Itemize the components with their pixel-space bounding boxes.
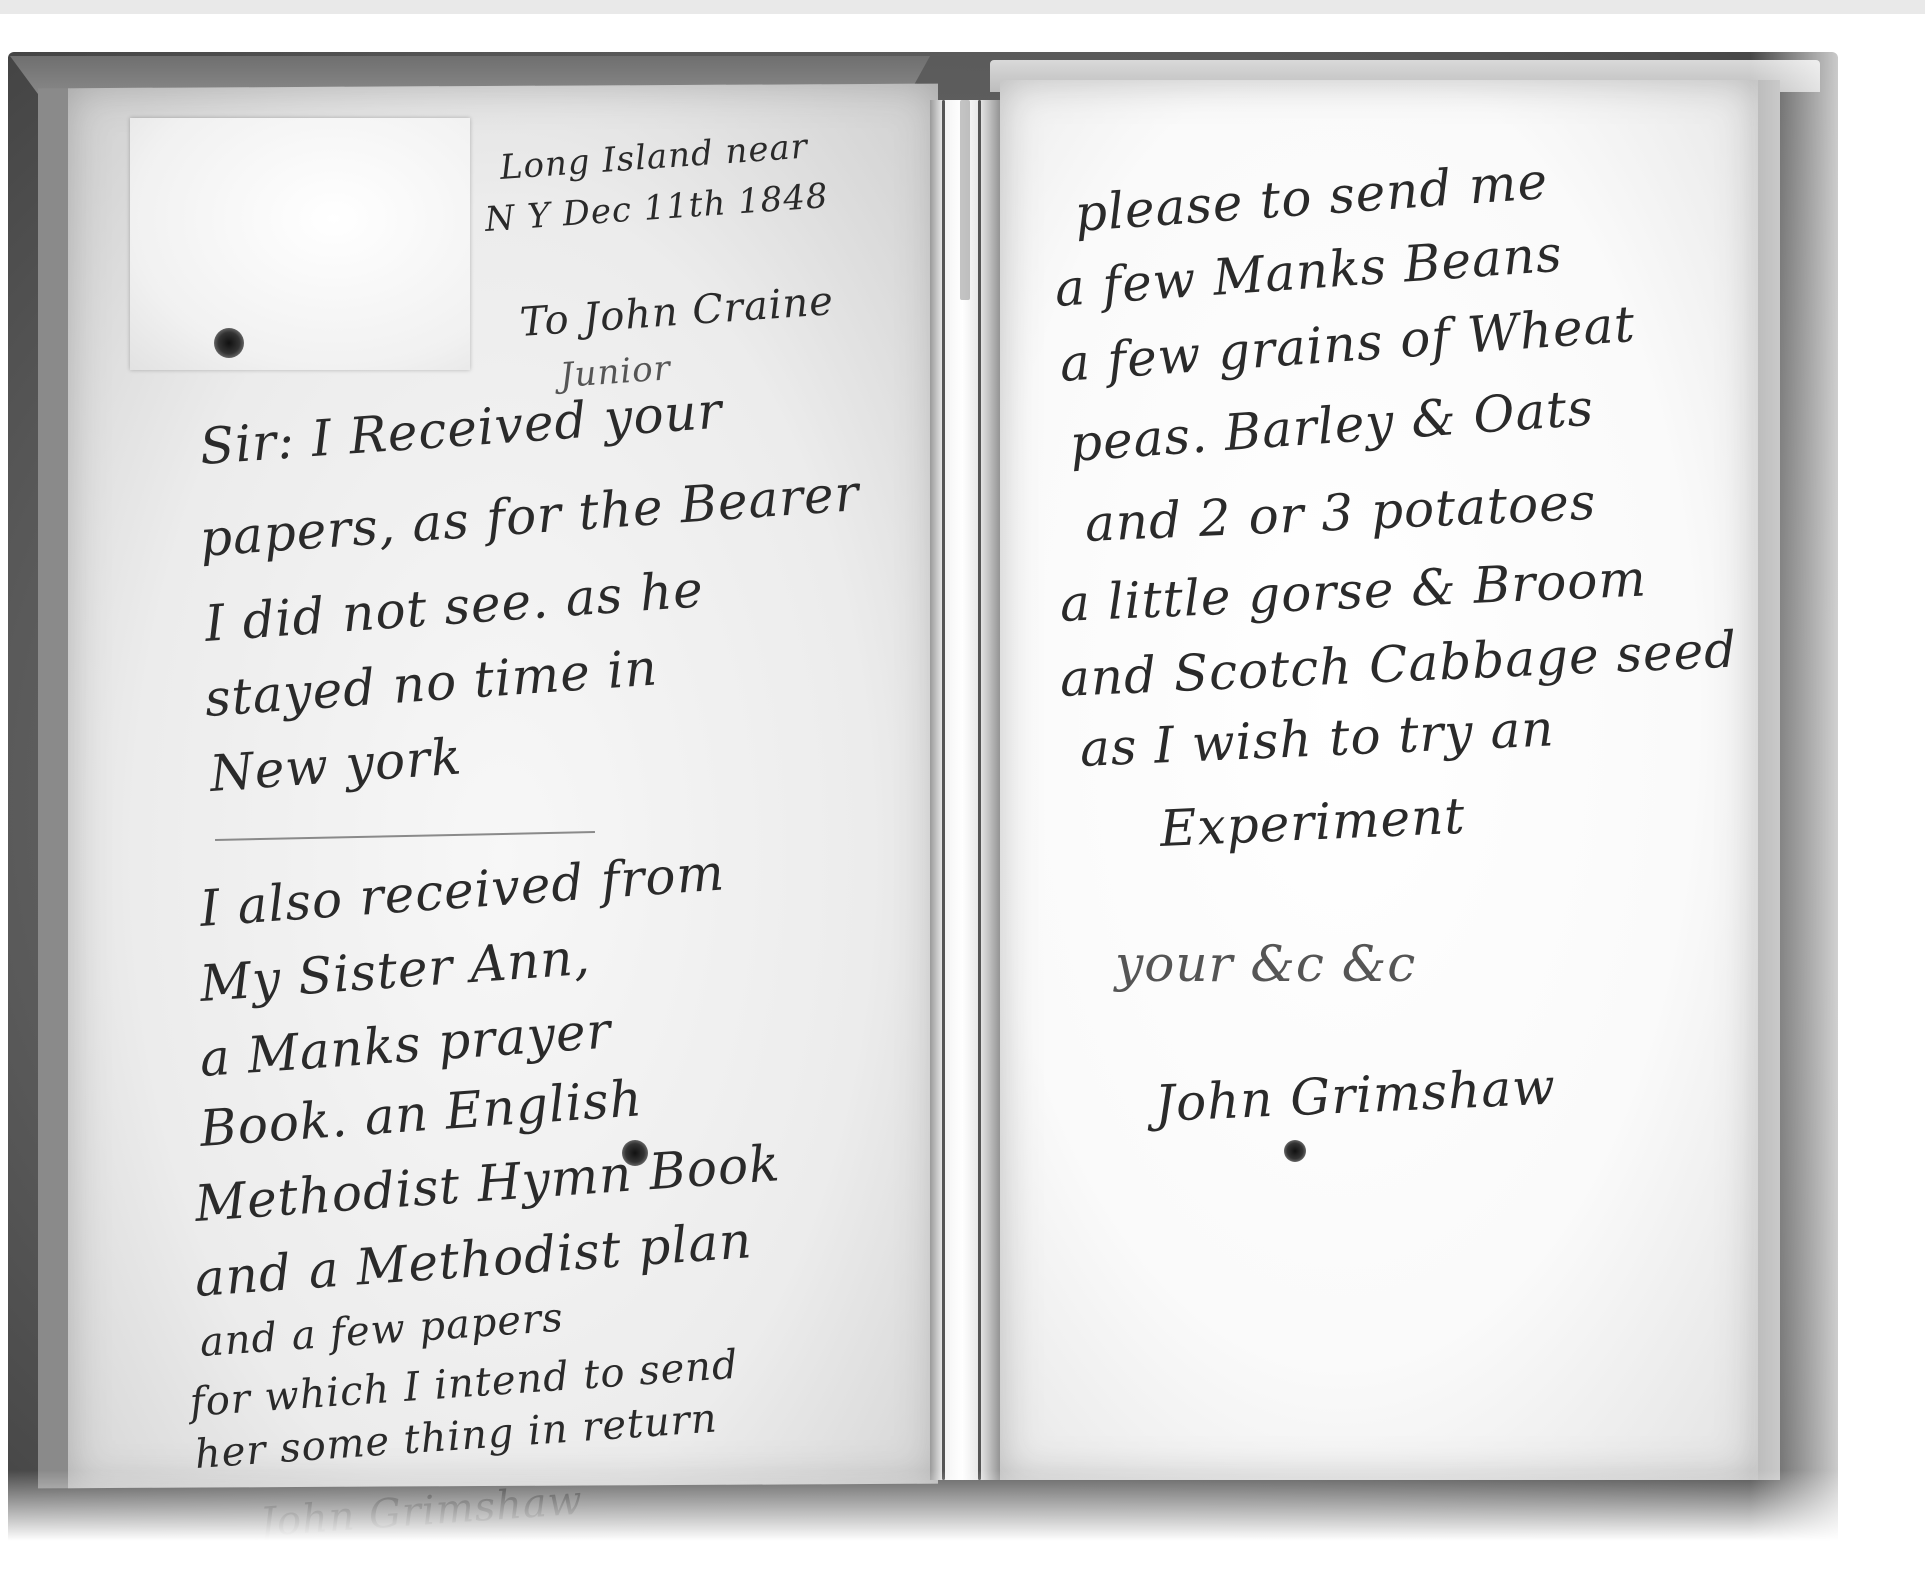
scan-edge-fade (1750, 40, 1925, 1570)
scanner-edge (0, 0, 1925, 14)
ink-blot (214, 328, 244, 358)
ink-blot (1284, 1140, 1306, 1162)
notebook-spine (930, 100, 1002, 1480)
pasted-paper-slip (130, 118, 470, 370)
closing: your &c &c (1115, 935, 1416, 993)
scan-bottom-fade (0, 1470, 1925, 1588)
